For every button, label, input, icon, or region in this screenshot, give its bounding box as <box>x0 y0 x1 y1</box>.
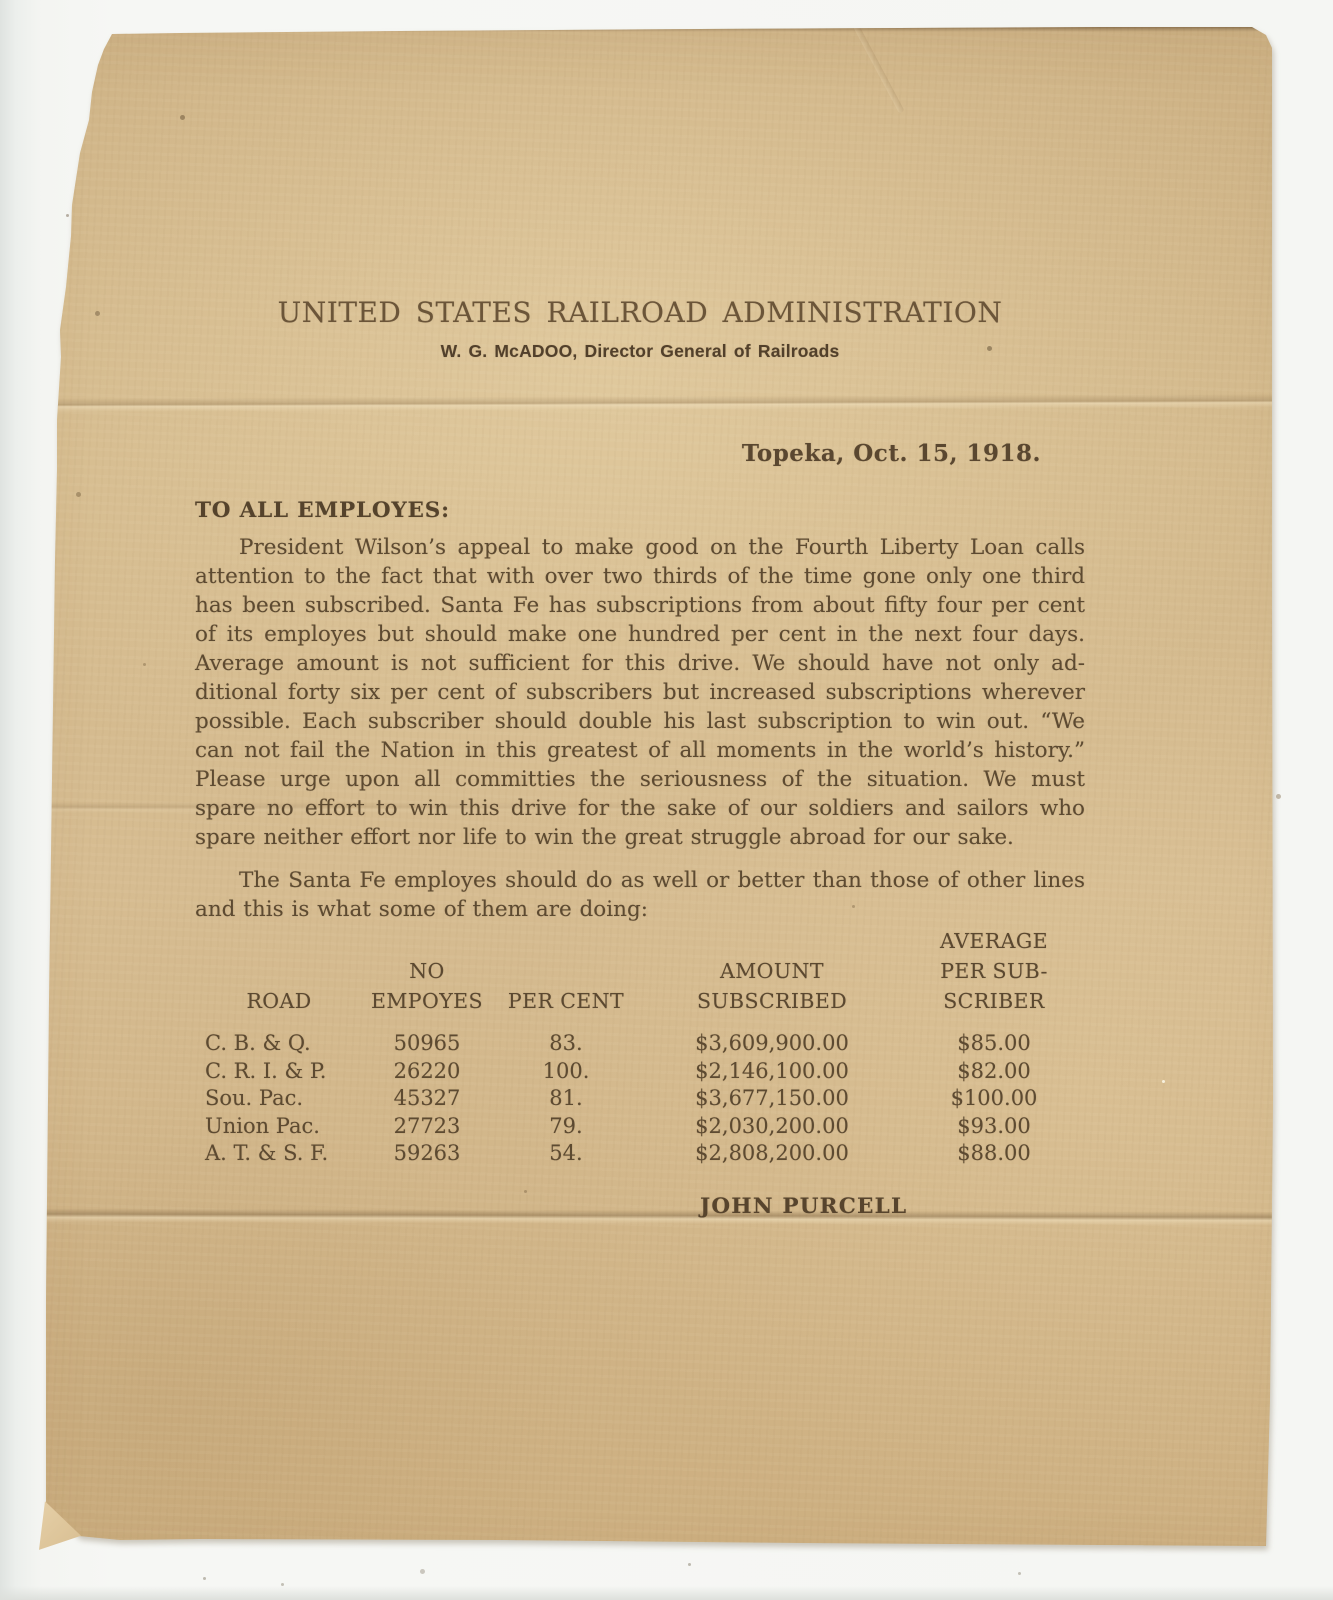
scanner-edge <box>0 1586 1333 1600</box>
letterhead-title: UNITED STATES RAILROAD ADMINISTRATION <box>195 0 1085 329</box>
table-body: C. B. & Q. 50965 83. $3,609,900.00 $85.0… <box>195 1030 1085 1168</box>
letterhead-subtitle: W. G. McADOO, Director General of Railro… <box>195 341 1085 361</box>
text-line: Average amount is not sufficient for thi… <box>195 649 1085 678</box>
table-header: ROAD NO EMPOYES PER CENT AMOUNT SUBSCRIB… <box>195 926 1085 1016</box>
table-cell: $3,609,900.00 <box>641 1030 903 1058</box>
text-line: President Wilson’s appeal to make good o… <box>195 533 1085 562</box>
table-cell: $2,146,100.00 <box>641 1058 903 1086</box>
text-line: ditional forty six per cent of subscribe… <box>195 678 1085 707</box>
table-header-average: AVERAGE PER SUB- SCRIBER <box>903 926 1085 1016</box>
table-cell: $2,030,200.00 <box>641 1113 903 1141</box>
table-cell: 83. <box>491 1030 641 1058</box>
table-row: C. B. & Q. 50965 83. $3,609,900.00 $85.0… <box>195 1030 1085 1058</box>
dateline: Topeka, Oct. 15, 1918. <box>195 439 1085 469</box>
table-cell: C. R. I. & P. <box>195 1058 363 1086</box>
table-header-percent: PER CENT <box>491 986 641 1016</box>
paragraph-1: President Wilson’s appeal to make good o… <box>195 533 1085 852</box>
table-cell: 26220 <box>363 1058 491 1086</box>
table-cell: 81. <box>491 1085 641 1113</box>
table-cell: 59263 <box>363 1140 491 1168</box>
text-line: The Santa Fe employes should do as well … <box>195 866 1085 895</box>
table-header-employes: NO EMPOYES <box>363 956 491 1016</box>
table-cell: Union Pac. <box>195 1113 363 1141</box>
dust-specks <box>0 0 3 3</box>
table-cell: $3,677,150.00 <box>641 1085 903 1113</box>
text-line: has been subscribed. Santa Fe has subscr… <box>195 591 1085 620</box>
letter-content: UNITED STATES RAILROAD ADMINISTRATION W.… <box>195 0 1085 1219</box>
table-cell: 50965 <box>363 1030 491 1058</box>
table-row: Union Pac. 27723 79. $2,030,200.00 $93.0… <box>195 1113 1085 1141</box>
subscription-table: ROAD NO EMPOYES PER CENT AMOUNT SUBSCRIB… <box>195 926 1085 1168</box>
table-cell: $100.00 <box>903 1085 1085 1113</box>
table-row: C. R. I. & P. 26220 100. $2,146,100.00 $… <box>195 1058 1085 1086</box>
table-cell: 79. <box>491 1113 641 1141</box>
text-line: Please urge upon all committies the seri… <box>195 765 1085 794</box>
table-cell: $88.00 <box>903 1140 1085 1168</box>
table-cell: 27723 <box>363 1113 491 1141</box>
salutation: TO ALL EMPLOYES: <box>195 496 1085 526</box>
text-line: of its employes but should make one hund… <box>195 620 1085 649</box>
table-cell: 100. <box>491 1058 641 1086</box>
table-row: A. T. & S. F. 59263 54. $2,808,200.00 $8… <box>195 1140 1085 1168</box>
text-line: spare no effort to win this drive for th… <box>195 794 1085 823</box>
text-line: can not fail the Nation in this greatest… <box>195 736 1085 765</box>
paragraph-2: The Santa Fe employes should do as well … <box>195 866 1085 924</box>
table-cell: C. B. & Q. <box>195 1030 363 1058</box>
table-cell: 54. <box>491 1140 641 1168</box>
table-cell: Sou. Pac. <box>195 1085 363 1113</box>
text-line: possible. Each subscriber should double … <box>195 707 1085 736</box>
table-header-amount: AMOUNT SUBSCRIBED <box>641 956 903 1016</box>
text-line: and this is what some of them are doing: <box>195 895 1085 924</box>
table-cell: A. T. & S. F. <box>195 1140 363 1168</box>
text-line: attention to the fact that with over two… <box>195 562 1085 591</box>
table-cell: $2,808,200.00 <box>641 1140 903 1168</box>
table-cell: 45327 <box>363 1085 491 1113</box>
table-cell: $85.00 <box>903 1030 1085 1058</box>
text-line: spare neither effort nor life to win the… <box>195 823 1085 852</box>
scan-background: UNITED STATES RAILROAD ADMINISTRATION W.… <box>0 0 1333 1600</box>
paper-shadow: UNITED STATES RAILROAD ADMINISTRATION W.… <box>0 0 1333 1600</box>
table-cell: $93.00 <box>903 1113 1085 1141</box>
letter-document: UNITED STATES RAILROAD ADMINISTRATION W.… <box>0 0 1333 1600</box>
table-cell: $82.00 <box>903 1058 1085 1086</box>
table-header-road: ROAD <box>195 986 363 1016</box>
signature: JOHN PURCELL <box>700 1194 1085 1219</box>
table-row: Sou. Pac. 45327 81. $3,677,150.00 $100.0… <box>195 1085 1085 1113</box>
